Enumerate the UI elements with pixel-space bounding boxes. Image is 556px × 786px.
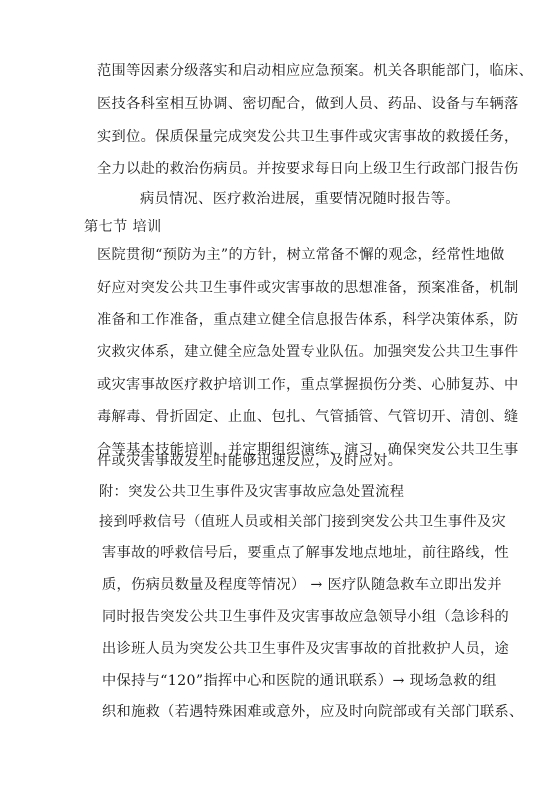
paragraph-line: 灾救灾体系，建立健全应急处置专业队伍。加强突发公共卫生事件 [97,343,519,361]
section-heading: 第七节 培训 [84,218,162,236]
paragraph-line: 接到呼救信号（值班人员或相关部门接到突发公共卫生事件及灾 [99,513,506,531]
paragraph-line: 同时报告突发公共卫生事件及灾害事故应急领导小组（急诊科的 [102,608,509,626]
paragraph-line: 中保持与“120”指挥中心和医院的通讯联系）→ 现场急救的组 [102,672,497,690]
paragraph-line: 毒解毒、骨折固定、止血、包扎、气管插管、气管切开、清创、缝 [97,408,519,426]
paragraph-line: 或灾害事故医疗救护培训工作，重点掌握损伤分类、心肺复苏、中 [97,376,519,394]
paragraph-line: 出诊班人员为突发公共卫生事件及灾害事故的首批救护人员，途 [102,640,509,658]
paragraph-line: 质，伤病员数量及程度等情况） → 医疗队随急救车立即出发并 [102,576,502,594]
paragraph-line: 范围等因素分级落实和启动相应应急预案。机关各职能部门，临床、 [97,62,533,80]
paragraph-line: 医院贯彻“预防为主”的方针，树立常备不懈的观念，经常性地做 [97,246,505,264]
paragraph-line: 好应对突发公共卫生事件或灾害事故的思想准备，预案准备，机制 [97,279,519,297]
paragraph-line: 病员情况、医疗救治进展，重要情况随时报告等。 [140,190,460,208]
paragraph-line: 害事故的呼救信号后，要重点了解事发地点地址，前往路线，性 [102,544,509,562]
paragraph-line: 件或灾害事故发生时能够迅速反应，及时应对。 [97,452,402,470]
paragraph-line: 织和施救（若遇特殊困难或意外，应及时向院部或有关部门联系、 [102,703,524,721]
paragraph-line: 全力以赴的救治伤病员。并按要求每日向上级卫生行政部门报告伤 [97,160,519,178]
paragraph-line: 医技各科室相互协调、密切配合，做到人员、药品、设备与车辆落 [97,95,519,113]
paragraph-line: 准备和工作准备，重点建立健全信息报告体系，科学决策体系，防 [97,311,519,329]
appendix-heading: 附：突发公共卫生事件及灾害事故应急处置流程 [99,483,404,501]
paragraph-line: 实到位。保质保量完成突发公共卫生事件或灾害事故的救援任务， [97,128,519,146]
